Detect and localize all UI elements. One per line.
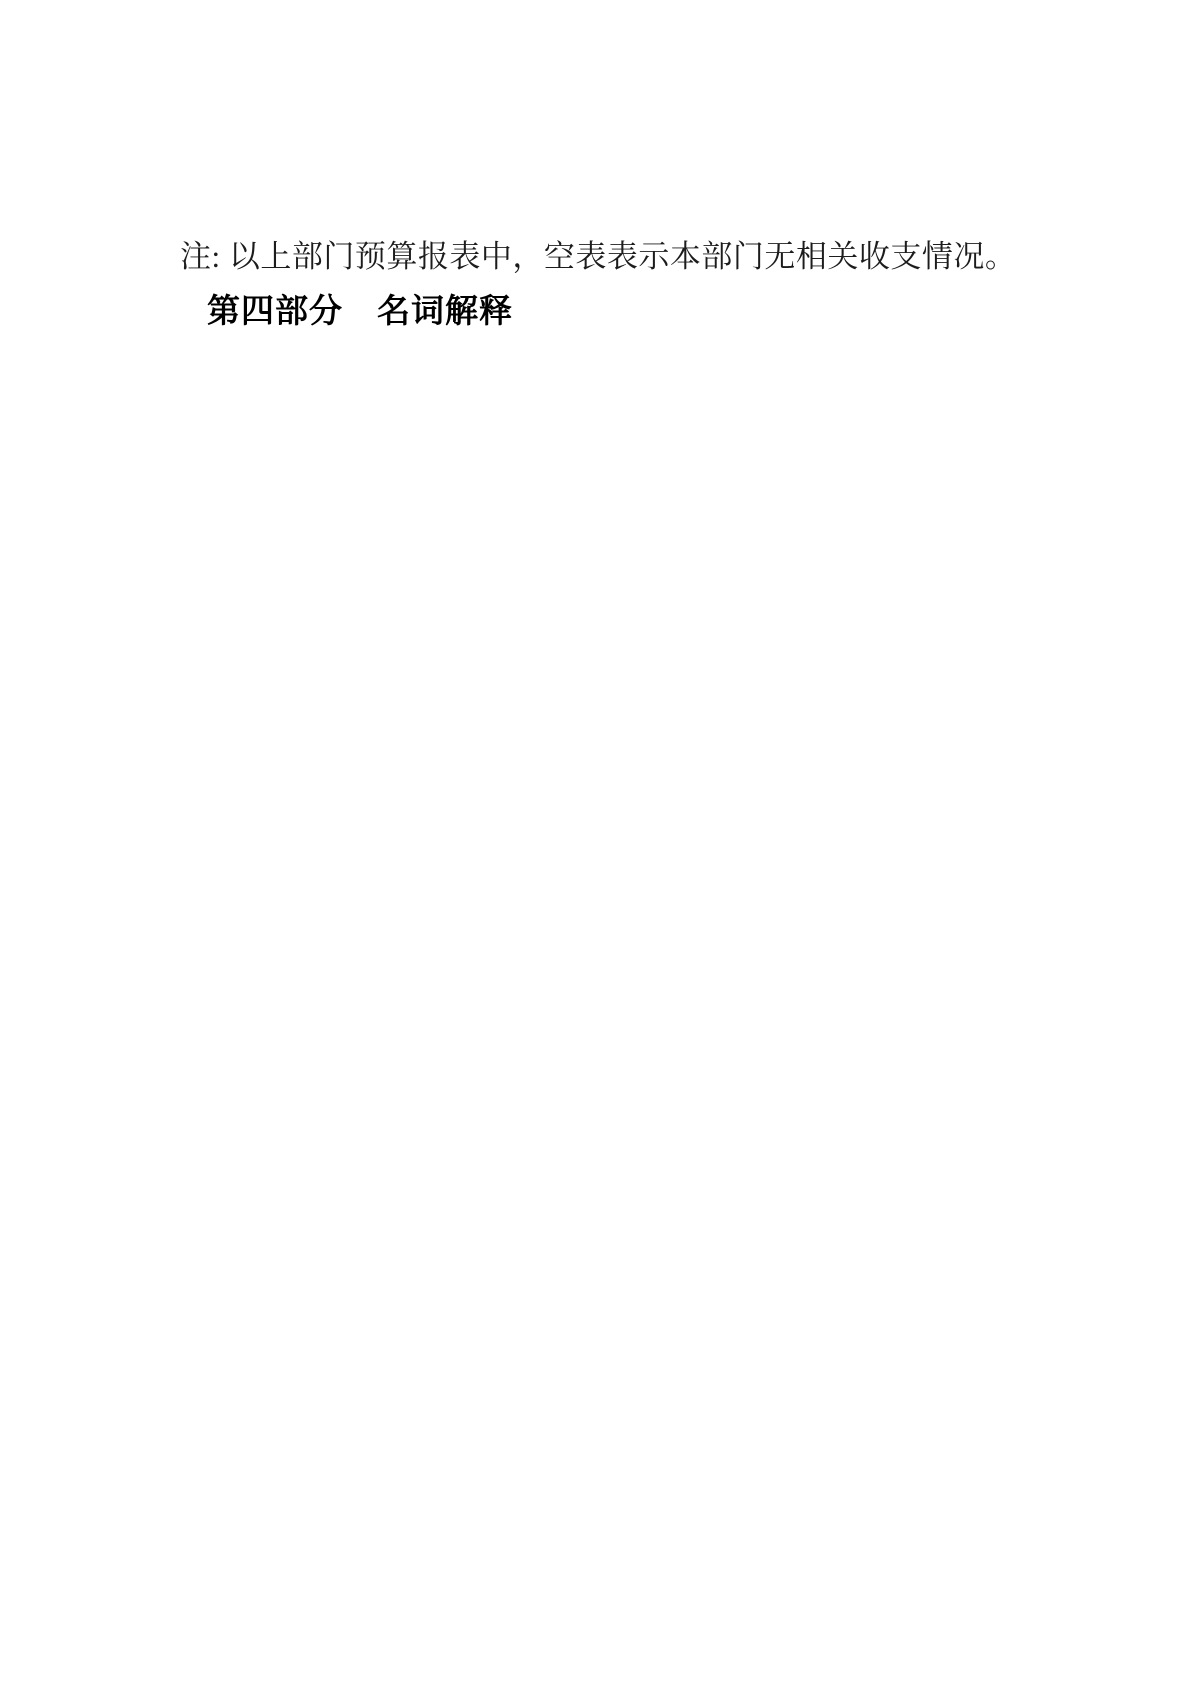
section-four-heading: 第四部分 名词解释 <box>207 292 513 333</box>
document-page: 注: 以上部门预算报表中，空表表示本部门无相关收支情况。 第四部分 名词解释 <box>0 0 1190 1683</box>
budget-note-text: 注: 以上部门预算报表中，空表表示本部门无相关收支情况。 <box>180 238 1010 277</box>
